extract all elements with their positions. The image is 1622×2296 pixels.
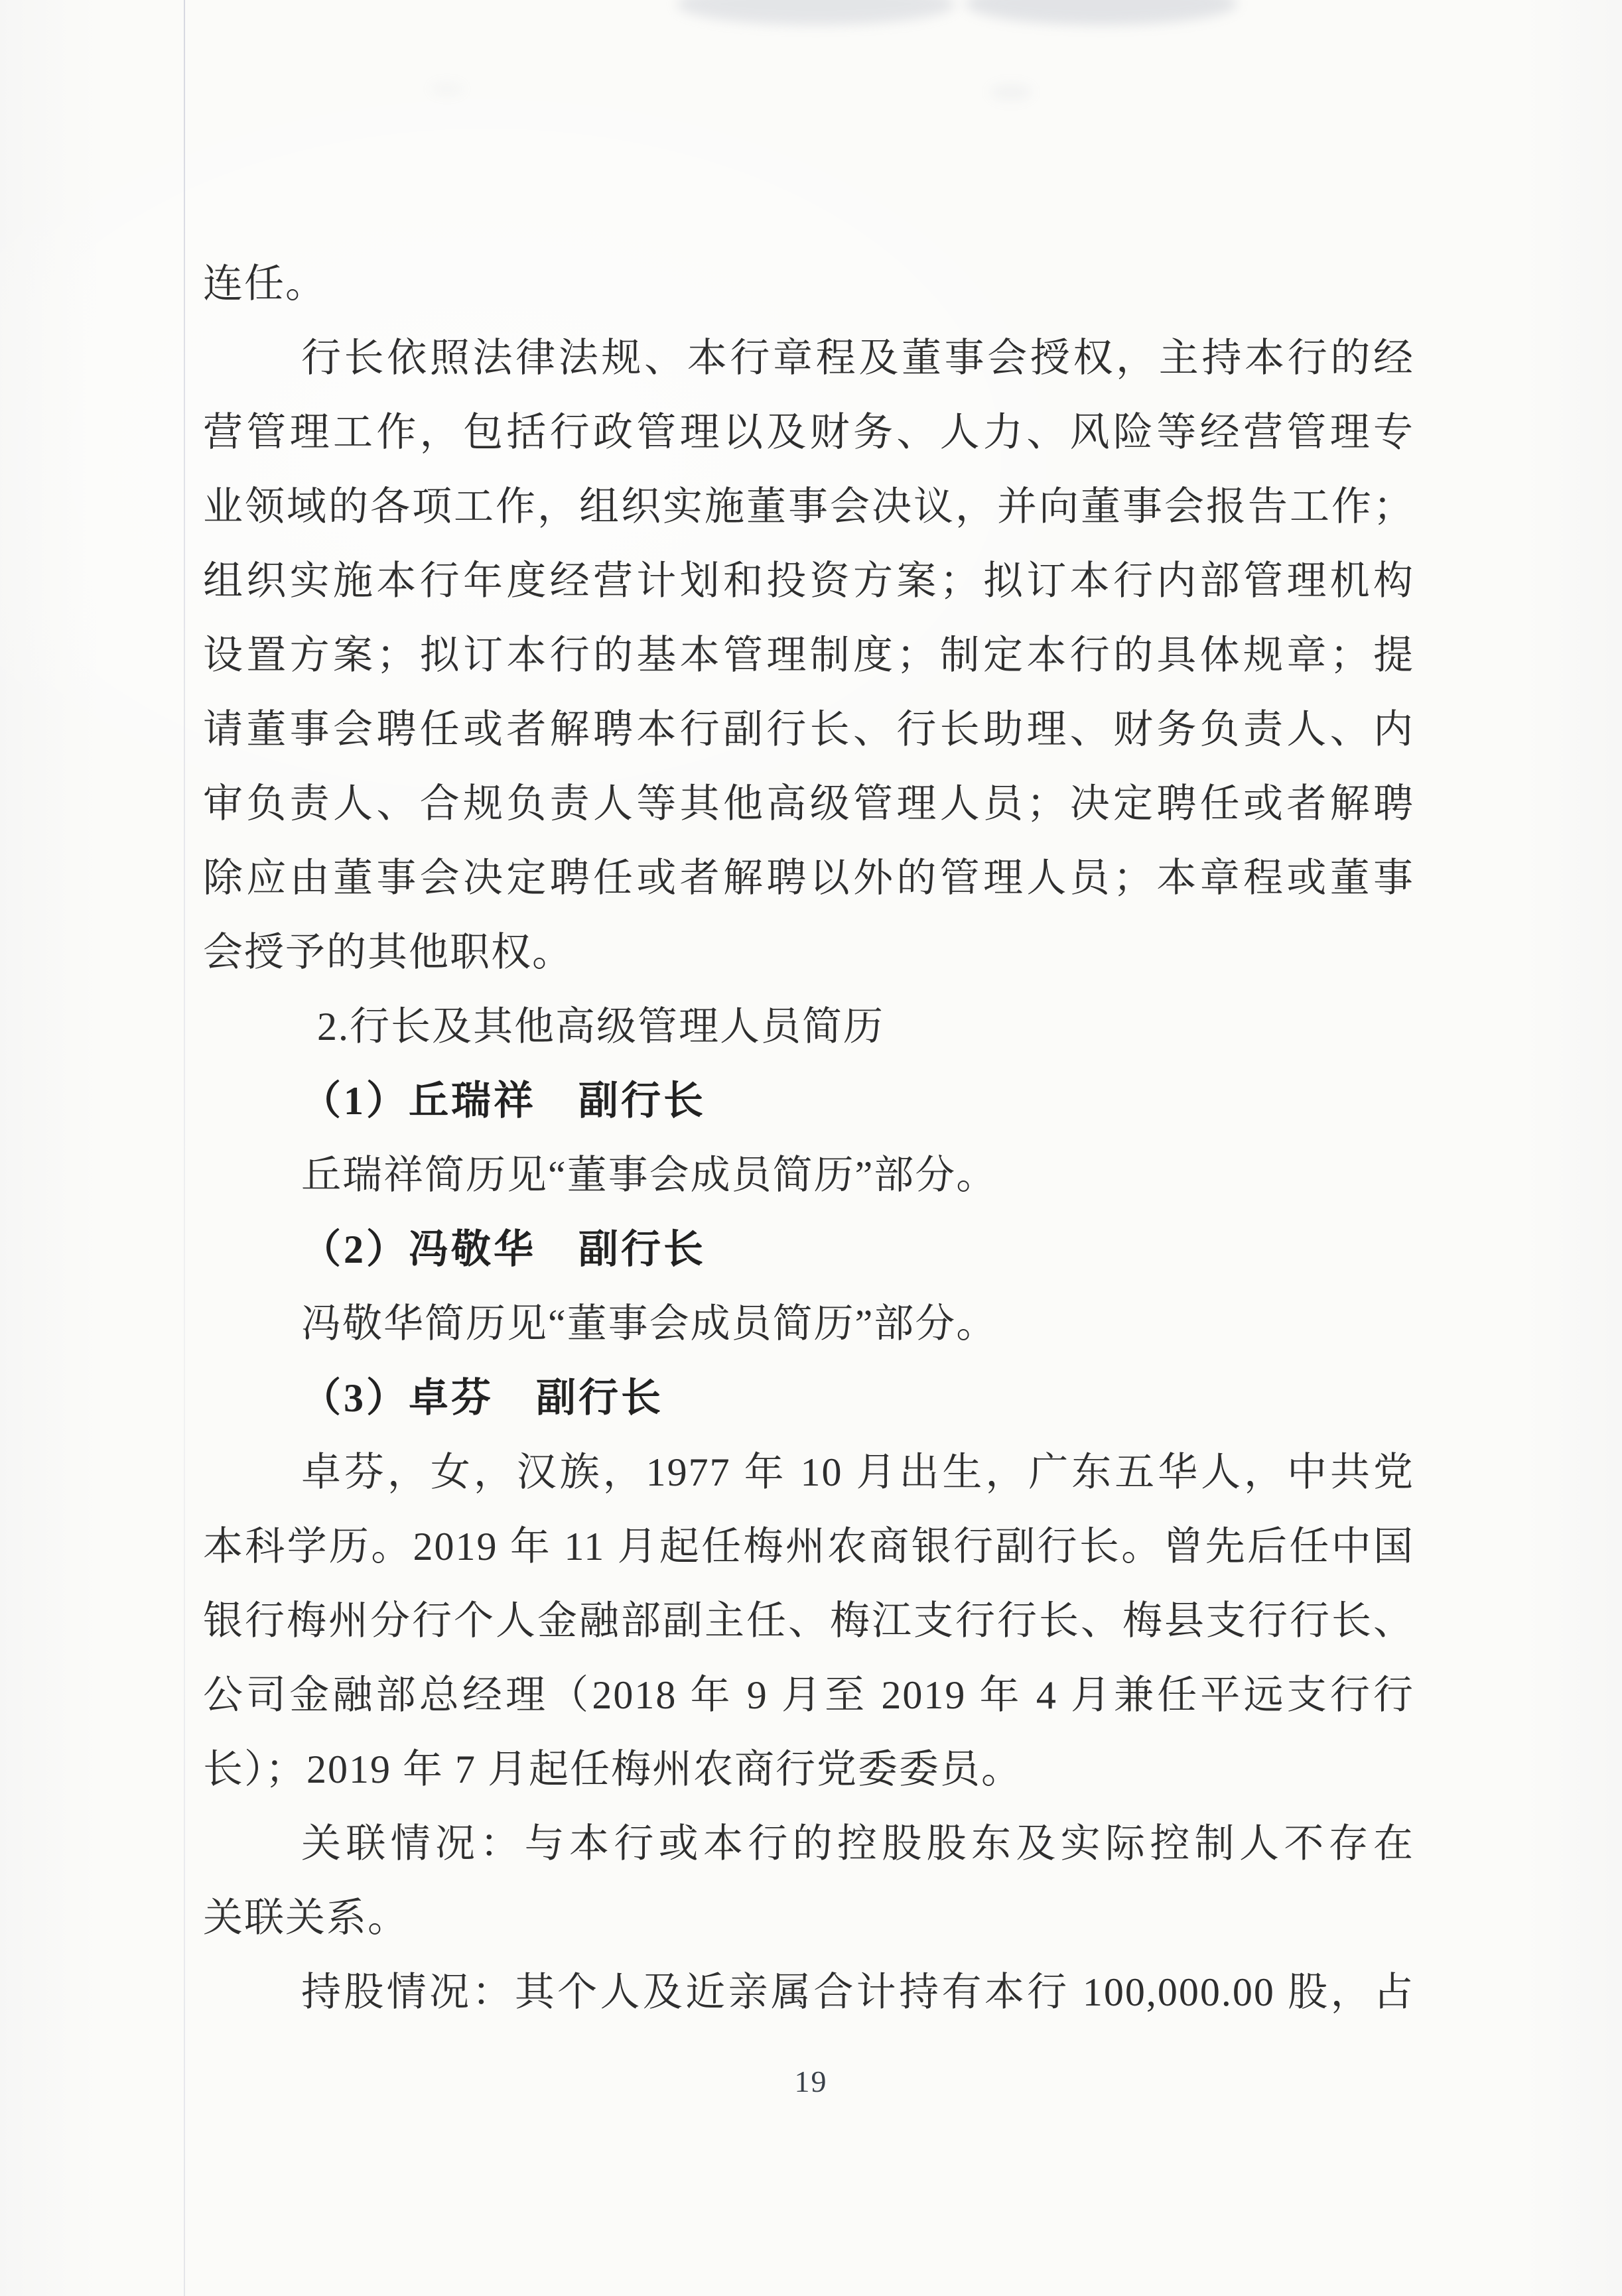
- paragraph-line: 营管理工作，包括行政管理以及财务、人力、风险等经营管理专: [203, 395, 1414, 470]
- paragraph-line: 除应由董事会决定聘任或者解聘以外的管理人员；本章程或董事: [203, 841, 1414, 915]
- bleedthrough-smudge: [965, 0, 1237, 25]
- paragraph-line: 审负责人、合规负责人等其他高级管理人员；决定聘任或者解聘: [203, 767, 1414, 841]
- subsection-heading-3: （3）卓芬 副行长: [203, 1361, 1414, 1435]
- scanned-document-page: { "document": { "page_number": "19", "li…: [0, 0, 1622, 2296]
- section-heading: 2.行长及其他高级管理人员简历: [203, 989, 1414, 1064]
- paragraph-line: 本科学历。2019 年 11 月起任梅州农商银行副行长。曾先后任中国: [203, 1509, 1414, 1584]
- subsection-heading-2: （2）冯敬华 副行长: [203, 1212, 1414, 1287]
- paragraph-line: 长）；2019 年 7 月起任梅州农商行党委委员。: [203, 1732, 1414, 1807]
- paragraph-line: 业领域的各项工作，组织实施董事会决议，并向董事会报告工作；: [203, 470, 1414, 544]
- paragraph-line: 银行梅州分行个人金融部副主任、梅江支行行长、梅县支行行长、: [203, 1584, 1414, 1658]
- page-text-block: 连任。 行长依照法律法规、本行章程及董事会授权，主持本行的经 营管理工作，包括行…: [203, 247, 1414, 2029]
- paragraph-line: 行长依照法律法规、本行章程及董事会授权，主持本行的经: [203, 321, 1414, 395]
- paragraph-line: 关联关系。: [203, 1881, 1414, 1955]
- paragraph-line: 会授予的其他职权。: [203, 915, 1414, 989]
- paragraph-line: 卓芬，女，汉族，1977 年 10 月出生，广东五华人，中共党员，: [203, 1435, 1414, 1509]
- paragraph-line: 请董事会聘任或者解聘本行副行长、行长助理、财务负责人、内: [203, 692, 1414, 767]
- paragraph-line: 丘瑞祥简历见“董事会成员简历”部分。: [203, 1138, 1414, 1212]
- paragraph-line: 设置方案；拟订本行的基本管理制度；制定本行的具体规章；提: [203, 618, 1414, 692]
- bleedthrough-smudge: [990, 84, 1032, 101]
- bleedthrough-smudge: [430, 82, 464, 96]
- subsection-heading-1: （1）丘瑞祥 副行长: [203, 1064, 1414, 1138]
- paragraph-line: 连任。: [203, 247, 1414, 321]
- scan-edge-artifact: [184, 0, 185, 2296]
- paragraph-line: 冯敬华简历见“董事会成员简历”部分。: [203, 1287, 1414, 1361]
- paragraph-line: 关联情况：与本行或本行的控股股东及实际控制人不存在: [203, 1807, 1414, 1881]
- paragraph-line: 组织实施本行年度经营计划和投资方案；拟订本行内部管理机构: [203, 544, 1414, 618]
- paragraph-line: 持股情况：其个人及近亲属合计持有本行 100,000.00 股，占: [203, 1955, 1414, 2029]
- page-number: 19: [0, 2064, 1622, 2099]
- paragraph-line: 公司金融部总经理（2018 年 9 月至 2019 年 4 月兼任平远支行行: [203, 1658, 1414, 1732]
- bleedthrough-smudge: [677, 0, 955, 25]
